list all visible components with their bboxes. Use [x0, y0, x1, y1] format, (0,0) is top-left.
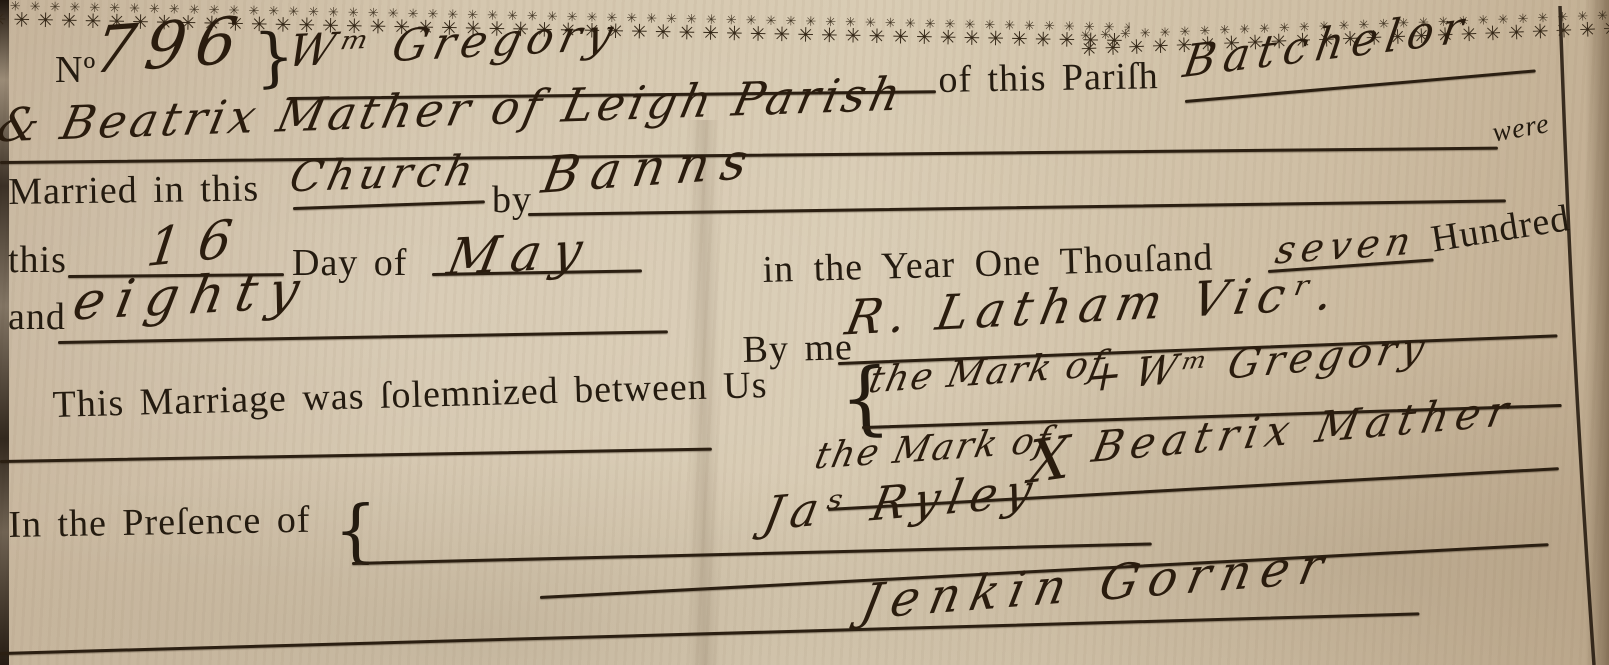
- this-label: this: [8, 238, 67, 282]
- were-label: were: [1490, 108, 1552, 149]
- marriage-register-page: ✳✳✳✳✳✳✳✳✳✳✳✳✳✳✳✳✳✳✳✳✳✳✳✳✳✳✳✳✳✳✳✳✳✳✳✳✳✳✳✳…: [0, 0, 1609, 665]
- page-right-shadow: [1585, 0, 1609, 665]
- year-tens-rule: [58, 330, 668, 344]
- left-section-rule: [0, 448, 712, 463]
- solemnized-label: This Marriage was ſolemnized between Us: [52, 363, 768, 427]
- groom-mark-label: the Mark of: [865, 344, 1109, 402]
- by-label: by: [492, 178, 532, 222]
- entry-number: 796: [89, 3, 251, 89]
- year-tens-handwritten: eighty: [68, 260, 316, 333]
- marriage-method-handwritten: Banns: [538, 131, 764, 205]
- and-label: and: [8, 295, 66, 339]
- groom-status-handwritten: Batchelor: [1180, 1, 1475, 89]
- presence-label: In the Preſence of: [8, 498, 311, 547]
- groom-mark-name: Wᵐ Gregory: [1131, 324, 1434, 397]
- married-place-handwritten: Church: [286, 145, 483, 201]
- month-handwritten: May: [443, 220, 599, 286]
- of-this-parish-label: of this Pariſh: [938, 54, 1159, 102]
- married-in-this-label: Married in this: [8, 166, 259, 213]
- marriage-method-rule: [528, 199, 1506, 216]
- married-place-rule: [293, 200, 485, 210]
- witness-1-signature: Jaˢ Ryley: [759, 462, 1044, 541]
- hundred-label: Hundred: [1428, 196, 1573, 261]
- presence-brace: {: [334, 492, 377, 571]
- bride-mark-name: Beatrix Mather: [1088, 385, 1519, 472]
